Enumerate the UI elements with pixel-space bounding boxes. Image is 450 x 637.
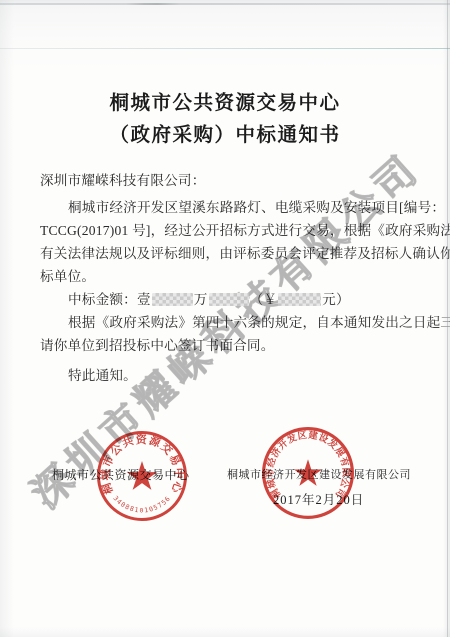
redaction-mosaic [152,293,193,306]
amount-mid2: （￥ [250,292,278,307]
amount-suffix: 元） [322,292,350,307]
seal-serial-code: 3408810105756 [111,494,172,514]
scan-artifact-line-mid [0,48,450,49]
amount-mid1: 万 [194,292,208,307]
addressee-line: 深圳市耀嵘科技有限公司： [40,169,206,189]
body-line: 请你单位到招投标中心签订书面合同。 [40,334,275,354]
amount-prefix: 中标金额：壹 [68,292,151,307]
redaction-mosaic [209,293,249,306]
scan-edge-shadow [447,0,448,637]
body-line: 根据《政府采购法》第四十六条的规定，自本通知发出之日起三十日内， [68,311,450,331]
body-line: 桐城市经济开发区望溪东路路灯、电缆采购及安装项目[编号： [68,196,445,216]
svg-text:3408810105756: 3408810105756 [111,494,172,514]
closing-line: 特此通知。 [68,364,137,384]
official-seal-right: 桐城市经济开发区建设发展有限公司 [248,413,368,533]
seal-star-icon [127,461,157,490]
document-title-line2: （政府采购）中标通知书 [0,119,450,147]
body-line: TCCG(2017)01 号]，经过公开招标方式进行交易，根据《政府采购法》等 [40,219,450,239]
body-line: 有关法律法规以及评标细则，由评标委员会评定推荐及招标人确认你单位为中 [40,242,450,262]
scan-artifact-line-top [0,3,450,5]
official-seal-left: 桐城市公共资源交易中心 3408810105756 [77,411,207,541]
redaction-mosaic [278,293,321,306]
body-line: 标单位。 [40,265,95,285]
seal-star-icon [294,459,322,486]
document-title-line1: 桐城市公共资源交易中心 [0,87,450,115]
scanned-document-page: 深圳市耀嵘科技有限公司 桐城市公共资源交易中心 （政府采购）中标通知书 深圳市耀… [0,0,450,637]
award-amount-line: 中标金额：壹万（￥元） [68,288,350,308]
